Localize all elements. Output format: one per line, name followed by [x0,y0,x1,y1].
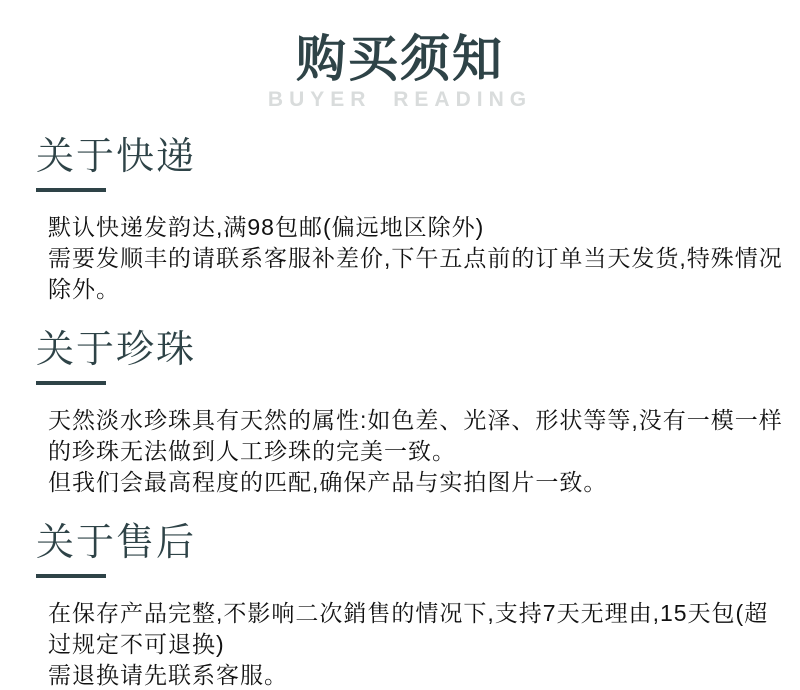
paragraph-line: 需退换请先联系客服。 [48,660,790,690]
section-aftersales-heading: 关于售后 [36,524,790,562]
paragraph-line: 在保存产品完整,不影响二次銷售的情况下,支持7天无理由,15天包(超过规定不可退… [48,598,790,660]
section-aftersales-paragraph: 在保存产品完整,不影响二次銷售的情况下,支持7天无理由,15天包(超过规定不可退… [48,598,790,690]
heading-underline [36,381,106,385]
heading-underline [36,188,106,192]
paragraph-line: 默认快递发韵达,满98包邮(偏远地区除外) [48,212,790,243]
section-pearls-paragraph: 天然淡水珍珠具有天然的属性:如色差、光泽、形状等等,没有一模一样的珍珠无法做到人… [48,405,790,498]
paragraph-line: 天然淡水珍珠具有天然的属性:如色差、光泽、形状等等,没有一模一样的珍珠无法做到人… [48,405,790,467]
buyer-notice-page: 购买须知 BUYER READING 关于快递 默认快递发韵达,满98包邮(偏远… [0,0,800,690]
paragraph-line: 需要发顺丰的请联系客服补差价,下午五点前的订单当天发货,特殊情况除外。 [48,243,790,305]
section-pearls-heading: 关于珍珠 [36,331,790,369]
page-title: 购买须知 [0,32,800,87]
section-shipping: 关于快递 默认快递发韵达,满98包邮(偏远地区除外) 需要发顺丰的请联系客服补差… [0,138,800,305]
section-aftersales: 关于售后 在保存产品完整,不影响二次銷售的情况下,支持7天无理由,15天包(超过… [0,524,800,690]
heading-underline [36,574,106,578]
section-shipping-heading: 关于快递 [36,138,790,176]
paragraph-line: 但我们会最高程度的匹配,确保产品与实拍图片一致。 [48,467,790,498]
page-header: 购买须知 BUYER READING [0,0,800,112]
page-subtitle: BUYER READING [0,88,800,112]
section-pearls: 关于珍珠 天然淡水珍珠具有天然的属性:如色差、光泽、形状等等,没有一模一样的珍珠… [0,331,800,498]
section-shipping-paragraph: 默认快递发韵达,满98包邮(偏远地区除外) 需要发顺丰的请联系客服补差价,下午五… [48,212,790,305]
